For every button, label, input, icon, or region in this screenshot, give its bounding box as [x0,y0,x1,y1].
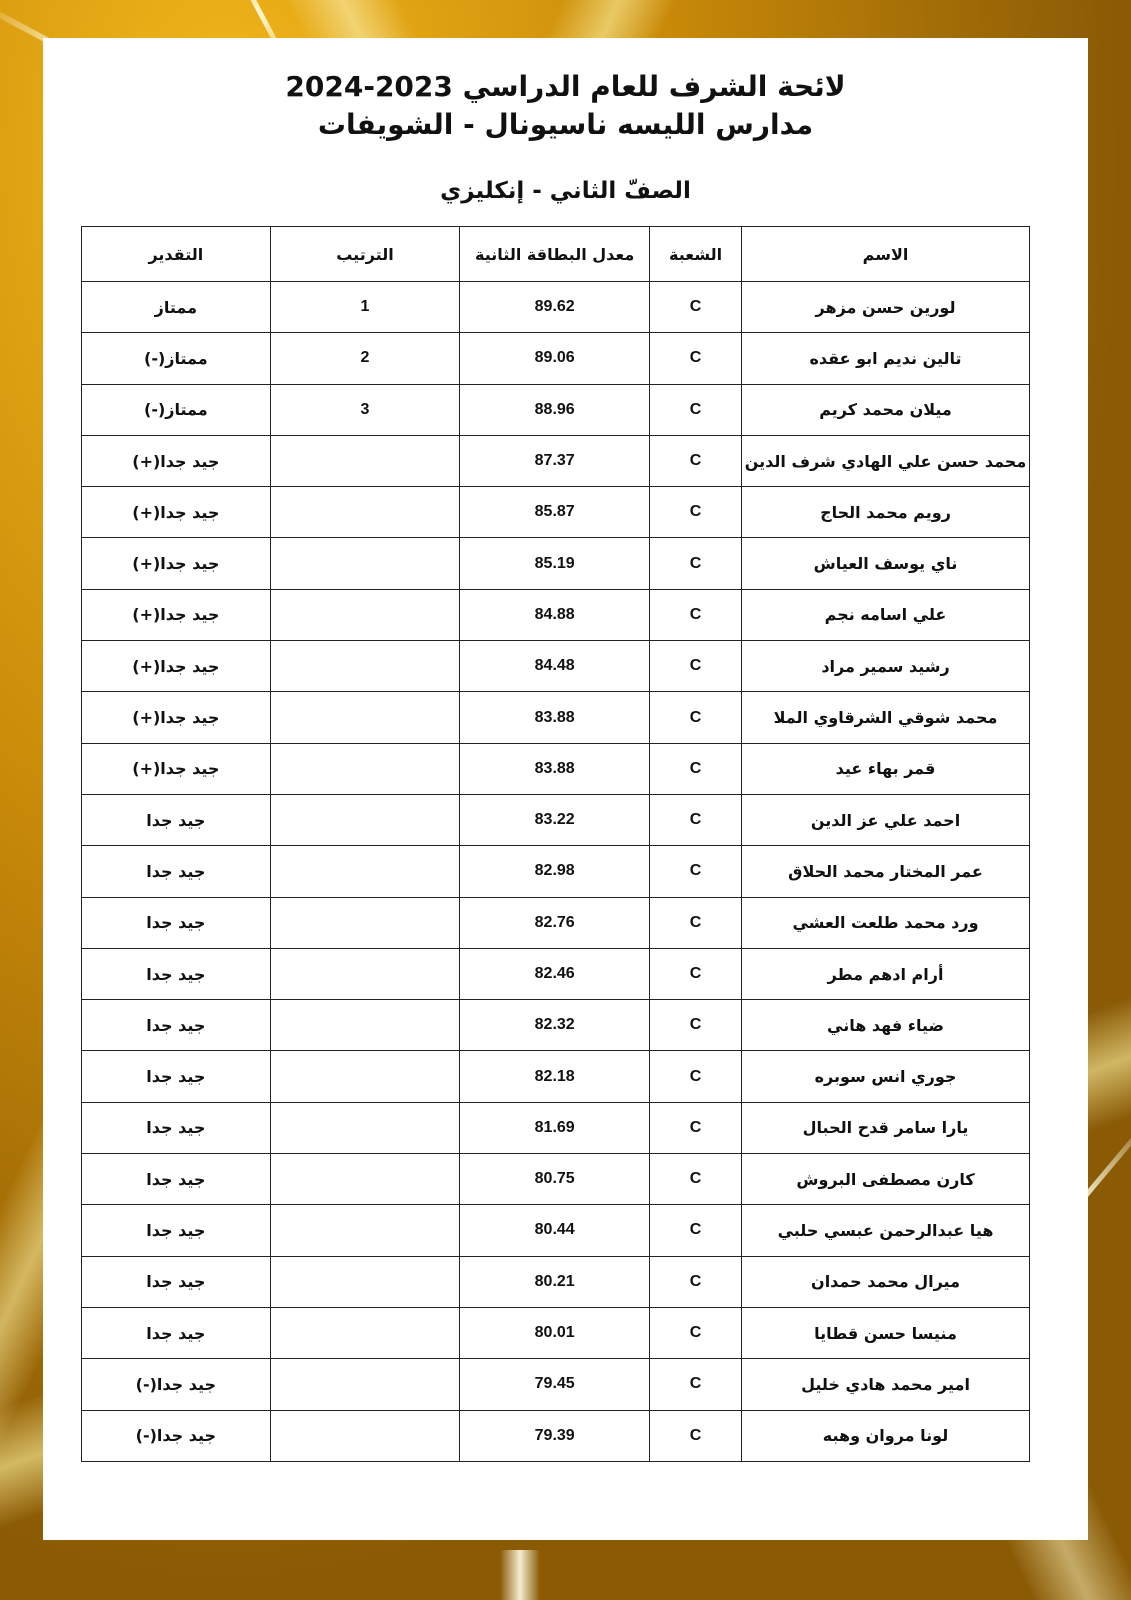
student-name: يارا سامر قدح الحبال [742,1102,1030,1153]
table-row: منيسا حسن قطاياC80.01جيد جدا [82,1307,1030,1358]
rank-cell [270,641,460,692]
header-average: معدل البطاقة الثانية [460,227,650,282]
section-cell: C [650,1000,742,1051]
grade-cell: جيد جدا [82,1000,271,1051]
average-cell: 80.21 [460,1256,650,1307]
section-cell: C [650,1205,742,1256]
average-cell: 87.37 [460,435,650,486]
grade-cell: ممتاز [82,282,271,333]
average-cell: 81.69 [460,1102,650,1153]
student-name: منيسا حسن قطايا [742,1307,1030,1358]
header-rank: الترتيب [270,227,460,282]
student-name: ميلان محمد كريم [742,384,1030,435]
section-cell: C [650,1256,742,1307]
rank-cell [270,1051,460,1102]
rank-cell [270,794,460,845]
table-row: ضياء فهد هانيC82.32جيد جدا [82,1000,1030,1051]
average-cell: 79.45 [460,1359,650,1410]
section-cell: C [650,1154,742,1205]
rank-cell [270,1154,460,1205]
average-cell: 79.39 [460,1410,650,1461]
average-cell: 83.88 [460,743,650,794]
student-name: تالين نديم ابو عقده [742,333,1030,384]
rank-cell: 2 [270,333,460,384]
header-section: الشعبة [650,227,742,282]
grade-cell: ممتاز(-) [82,333,271,384]
student-name: هيا عبدالرحمن عبسي حلبي [742,1205,1030,1256]
table-row: لونا مروان وهبهC79.39جيد جدا(-) [82,1410,1030,1461]
student-name: رشيد سمير مراد [742,641,1030,692]
header-grade: التقدير [82,227,271,282]
student-name: كارن مصطفى البروش [742,1154,1030,1205]
table-row: يارا سامر قدح الحبالC81.69جيد جدا [82,1102,1030,1153]
average-cell: 80.75 [460,1154,650,1205]
rank-cell [270,1410,460,1461]
grade-cell: جيد جدا [82,1307,271,1358]
section-cell: C [650,333,742,384]
average-cell: 83.22 [460,794,650,845]
grade-cell: جيد جدا(-) [82,1410,271,1461]
grade-cell: جيد جدا(+) [82,487,271,538]
rank-cell [270,743,460,794]
table-row: هيا عبدالرحمن عبسي حلبيC80.44جيد جدا [82,1205,1030,1256]
rank-cell [270,692,460,743]
rank-cell [270,1000,460,1051]
section-cell: C [650,1359,742,1410]
table-row: محمد شوقي الشرقاوي الملاC83.88جيد جدا(+) [82,692,1030,743]
section-cell: C [650,846,742,897]
table-row: علي اسامه نجمC84.88جيد جدا(+) [82,589,1030,640]
average-cell: 85.19 [460,538,650,589]
section-cell: C [650,384,742,435]
student-name: رويم محمد الحاج [742,487,1030,538]
table-row: تالين نديم ابو عقدهC89.062ممتاز(-) [82,333,1030,384]
background-light-streak [500,1550,540,1600]
table-row: احمد علي عز الدينC83.22جيد جدا [82,794,1030,845]
section-cell: C [650,282,742,333]
average-cell: 84.88 [460,589,650,640]
section-cell: C [650,1102,742,1153]
table-row: جوري انس سوبرهC82.18جيد جدا [82,1051,1030,1102]
average-cell: 82.76 [460,897,650,948]
section-cell: C [650,1051,742,1102]
average-cell: 82.98 [460,846,650,897]
title-block: لائحة الشرف للعام الدراسي 2023-2024 مدار… [43,68,1088,144]
table-body: لورين حسن مزهرC89.621ممتاز تالين نديم اب… [82,282,1030,1462]
section-cell: C [650,538,742,589]
school-name: مدارس الليسه ناسيونال - الشويفات [43,106,1088,144]
student-name: أرام ادهم مطر [742,948,1030,999]
average-cell: 88.96 [460,384,650,435]
average-cell: 89.06 [460,333,650,384]
section-cell: C [650,641,742,692]
average-cell: 82.18 [460,1051,650,1102]
section-cell: C [650,743,742,794]
grade-cell: جيد جدا [82,794,271,845]
table-row: ميلان محمد كريمC88.963ممتاز(-) [82,384,1030,435]
section-cell: C [650,948,742,999]
table-row: كارن مصطفى البروشC80.75جيد جدا [82,1154,1030,1205]
student-name: لونا مروان وهبه [742,1410,1030,1461]
header-name: الاسم [742,227,1030,282]
rank-cell [270,846,460,897]
grade-cell: جيد جدا(+) [82,589,271,640]
rank-cell [270,538,460,589]
grade-cell: جيد جدا [82,1051,271,1102]
rank-cell [270,487,460,538]
average-cell: 82.46 [460,948,650,999]
rank-cell [270,1205,460,1256]
section-cell: C [650,435,742,486]
table-row: قمر بهاء عيدC83.88جيد جدا(+) [82,743,1030,794]
grade-cell: جيد جدا [82,1205,271,1256]
grade-cell: جيد جدا(+) [82,692,271,743]
student-name: جوري انس سوبره [742,1051,1030,1102]
table-header-row: الاسم الشعبة معدل البطاقة الثانية الترتي… [82,227,1030,282]
average-cell: 89.62 [460,282,650,333]
honor-roll-table: الاسم الشعبة معدل البطاقة الثانية الترتي… [81,226,1030,1462]
student-name: امير محمد هادي خليل [742,1359,1030,1410]
section-cell: C [650,1410,742,1461]
grade-cell: جيد جدا(+) [82,538,271,589]
section-cell: C [650,1307,742,1358]
rank-cell [270,435,460,486]
grade-cell: جيد جدا [82,897,271,948]
section-cell: C [650,589,742,640]
section-cell: C [650,692,742,743]
grade-cell: جيد جدا(-) [82,1359,271,1410]
grade-cell: جيد جدا(+) [82,641,271,692]
rank-cell [270,897,460,948]
student-name: ورد محمد طلعت العشي [742,897,1030,948]
student-name: لورين حسن مزهر [742,282,1030,333]
document-title: لائحة الشرف للعام الدراسي 2023-2024 [43,68,1088,106]
table-row: امير محمد هادي خليلC79.45جيد جدا(-) [82,1359,1030,1410]
rank-cell [270,1359,460,1410]
grade-cell: ممتاز(-) [82,384,271,435]
average-cell: 84.48 [460,641,650,692]
section-cell: C [650,794,742,845]
rank-cell [270,1307,460,1358]
student-name: احمد علي عز الدين [742,794,1030,845]
table-row: لورين حسن مزهرC89.621ممتاز [82,282,1030,333]
student-name: محمد شوقي الشرقاوي الملا [742,692,1030,743]
grade-cell: جيد جدا(+) [82,435,271,486]
rank-cell: 3 [270,384,460,435]
table-row: محمد حسن علي الهادي شرف الدينC87.37جيد ج… [82,435,1030,486]
rank-cell [270,1102,460,1153]
student-name: عمر المختار محمد الحلاق [742,846,1030,897]
rank-cell [270,589,460,640]
student-name: ضياء فهد هاني [742,1000,1030,1051]
average-cell: 82.32 [460,1000,650,1051]
grade-cell: جيد جدا [82,1102,271,1153]
average-cell: 83.88 [460,692,650,743]
class-subtitle: الصفّ الثاني - إنكليزي [43,178,1088,204]
grade-cell: جيد جدا [82,1256,271,1307]
table-row: أرام ادهم مطرC82.46جيد جدا [82,948,1030,999]
average-cell: 85.87 [460,487,650,538]
table-row: ميرال محمد حمدانC80.21جيد جدا [82,1256,1030,1307]
table-row: رويم محمد الحاجC85.87جيد جدا(+) [82,487,1030,538]
table-row: رشيد سمير مرادC84.48جيد جدا(+) [82,641,1030,692]
rank-cell [270,1256,460,1307]
rank-cell: 1 [270,282,460,333]
grade-cell: جيد جدا(+) [82,743,271,794]
student-name: قمر بهاء عيد [742,743,1030,794]
student-name: محمد حسن علي الهادي شرف الدين [742,435,1030,486]
grade-cell: جيد جدا [82,1154,271,1205]
student-name: ناي يوسف العياش [742,538,1030,589]
rank-cell [270,948,460,999]
table-row: عمر المختار محمد الحلاقC82.98جيد جدا [82,846,1030,897]
table-row: ناي يوسف العياشC85.19جيد جدا(+) [82,538,1030,589]
grade-cell: جيد جدا [82,948,271,999]
student-name: ميرال محمد حمدان [742,1256,1030,1307]
average-cell: 80.44 [460,1205,650,1256]
section-cell: C [650,897,742,948]
average-cell: 80.01 [460,1307,650,1358]
honor-roll-sheet: لائحة الشرف للعام الدراسي 2023-2024 مدار… [43,38,1088,1540]
table-row: ورد محمد طلعت العشيC82.76جيد جدا [82,897,1030,948]
section-cell: C [650,487,742,538]
grade-cell: جيد جدا [82,846,271,897]
student-name: علي اسامه نجم [742,589,1030,640]
